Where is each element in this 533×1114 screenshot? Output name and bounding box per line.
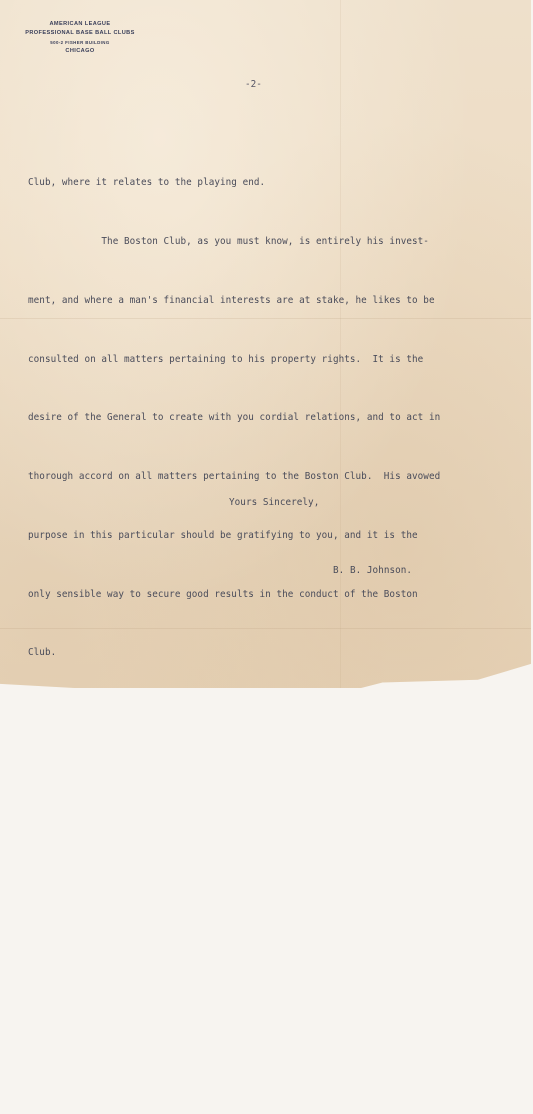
letterhead-organization: AMERICAN LEAGUE bbox=[10, 20, 150, 29]
letterhead-city: CHICAGO bbox=[10, 47, 150, 56]
body-line: Club. bbox=[28, 643, 446, 663]
body-line: thorough accord on all matters pertainin… bbox=[28, 467, 446, 487]
body-line: purpose in this particular should be gra… bbox=[28, 526, 446, 546]
letterhead: AMERICAN LEAGUE PROFESSIONAL BASE BALL C… bbox=[10, 20, 150, 56]
body-line: The Boston Club, as you must know, is en… bbox=[28, 232, 446, 252]
body-line: desire of the General to create with you… bbox=[28, 408, 446, 428]
letter-body: Club, where it relates to the playing en… bbox=[28, 134, 446, 695]
body-line: consulted on all matters pertaining to h… bbox=[28, 350, 446, 370]
signature: B. B. Johnson. bbox=[333, 565, 412, 576]
letterhead-address: 500-2 FISHER BUILDING bbox=[10, 38, 150, 47]
letterhead-subtitle: PROFESSIONAL BASE BALL CLUBS bbox=[10, 29, 150, 38]
letter-page: AMERICAN LEAGUE PROFESSIONAL BASE BALL C… bbox=[0, 0, 531, 688]
body-line: only sensible way to secure good results… bbox=[28, 585, 446, 605]
body-line: Club, where it relates to the playing en… bbox=[28, 173, 446, 193]
body-line: ment, and where a man's financial intere… bbox=[28, 291, 446, 311]
page-number: -2- bbox=[245, 79, 262, 90]
closing-salutation: Yours Sincerely, bbox=[229, 497, 319, 508]
